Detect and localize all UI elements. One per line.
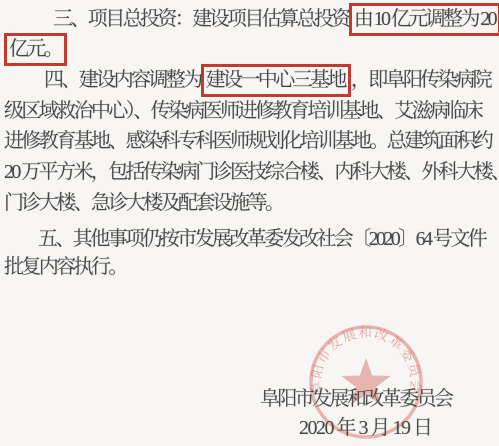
text-line: 门诊大楼、急诊大楼及配套设施等。 [4,190,282,216]
text-line: 进修教育基地、感染科专科医师规划化培训基地。总建筑面积约 [4,128,491,154]
line-text: 级区域救治中心）、传染病医师进修教育培训基地、艾滋病临床 [4,100,481,122]
highlight-box: 建设一中心三基地 [201,64,351,97]
line-text: 进修教育基地、感染科专科医师规划化培训基地。总建筑面积约 [4,130,491,152]
text-line: 三、项目总投资：建设项目估算总投资由 10 亿元调整为 20 [53,6,499,32]
line-text: 门诊大楼、急诊大楼及配套设施等。 [4,192,282,214]
line-text: 四、建设内容调整为 [44,69,201,91]
scanned-document-page: 三、项目总投资：建设项目估算总投资由 10 亿元调整为 20 亿元。 四、建设内… [0,0,499,446]
text-line: 亿元。 [4,36,67,62]
text-line: 批复内容执行。 [4,254,126,280]
highlight-box: 由 10 亿元调整为 20 [349,3,499,36]
text-line: 20 万平方米，包括传染病门诊医技综合楼、内科大楼、外科大楼、 [4,159,499,185]
line-text: 五、其他事项仍按市发展改革委发改社会〔2020〕64 号文件 [38,228,485,250]
highlight-box: 亿元。 [4,33,67,66]
text-line: 四、建设内容调整为建设一中心三基地，即阜阳传染病院（省 [44,67,499,93]
text-line: 五、其他事项仍按市发展改革委发改社会〔2020〕64 号文件 [38,226,485,252]
line-text: 三、项目总投资：建设项目估算总投资 [53,8,349,30]
line-text: ，即阜阳传染病院（省 [351,69,499,91]
signature-agency: 阜阳市发展和改革委员会 [260,382,451,411]
signature-date: 2020 年 3 月 19 日 [299,411,432,440]
text-line: 级区域救治中心）、传染病医师进修教育培训基地、艾滋病临床 [4,98,481,124]
line-text: 20 万平方米，包括传染病门诊医技综合楼、内科大楼、外科大楼、 [4,161,499,183]
line-text: 批复内容执行。 [4,256,126,278]
